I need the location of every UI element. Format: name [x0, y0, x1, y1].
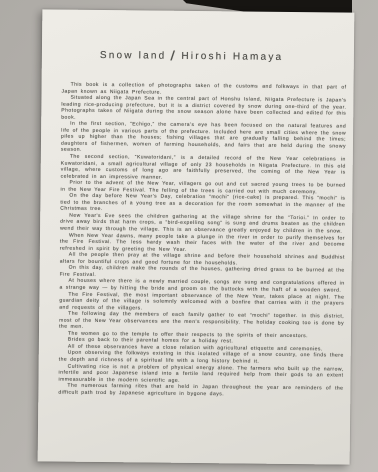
body-text: This book is a collection of photographs…	[58, 82, 346, 399]
book-page: Snow land/Hiroshi Hamaya This book is a …	[38, 9, 355, 464]
title-slash: /	[170, 49, 178, 64]
body-paragraph: In the first section, “Echigo,” the came…	[61, 121, 346, 157]
body-paragraph: The numerous farming rites that are held…	[58, 383, 343, 399]
photo-frame: Snow land/Hiroshi Hamaya This book is a …	[0, 0, 378, 472]
page-title: Snow land/Hiroshi Hamaya	[100, 50, 284, 63]
page-title-author: Hiroshi Hamaya	[181, 51, 283, 63]
page-title-book: Snow land	[100, 50, 167, 62]
body-paragraph: The second section, “Kuwatoridani,” is a…	[61, 154, 346, 183]
body-paragraph: New Year's Eve sees the children gatheri…	[60, 213, 345, 236]
body-paragraph: Situated along the Japan Sea in the cent…	[61, 95, 346, 124]
